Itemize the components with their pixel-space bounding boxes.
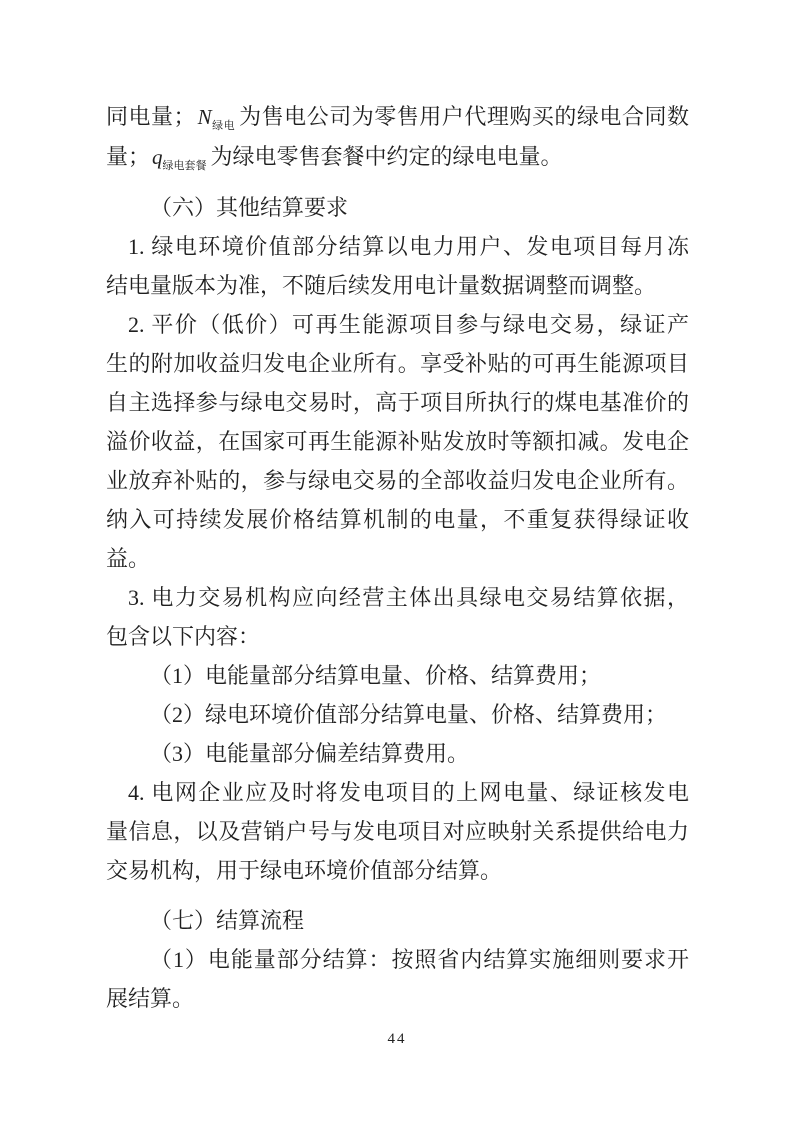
math-variable-base: q (152, 145, 163, 169)
line-item3-2: 包含以下内容： (106, 617, 689, 656)
line-p1-1: 同电量；N绿电为售电公司为零售用户代理购买的绿电合同数 (106, 97, 689, 137)
line-item2-5: 业放弃补贴的，参与绿电交易的全部收益归发电企业所有。 (106, 461, 689, 500)
text-run: 同电量； (106, 104, 196, 129)
text-run: 溢价收益，在国家可再生能源补贴发放时等额扣减。发电企 (106, 429, 689, 454)
line-item2-7: 益。 (106, 539, 689, 578)
text-run: 3. 电力交易机构应向经营主体出具绿电交易结算依据， (128, 585, 689, 610)
text-run: 生的附加收益归发电企业所有。享受补贴的可再生能源项目 (106, 351, 689, 376)
text-run: 自主选择参与绿电交易时，高于项目所执行的煤电基准价的 (106, 390, 689, 415)
text-run: 益。 (106, 546, 150, 571)
line-subitem-3: （3）电能量部分偏差结算费用。 (106, 734, 689, 773)
math-variable-base: N (198, 105, 212, 129)
math-variable-subscript: 绿电 (212, 120, 236, 132)
line-item1-1: 1. 绿电环境价值部分结算以电力用户、发电项目每月冻 (106, 227, 689, 266)
text-run: 4. 电网企业应及时将发电项目的上网电量、绿证核发电 (128, 780, 689, 805)
line-item2-4: 溢价收益，在国家可再生能源补贴发放时等额扣减。发电企 (106, 422, 689, 461)
line-item2-1: 2. 平价（低价）可再生能源项目参与绿电交易，绿证产 (106, 305, 689, 344)
line-settle-2: 展结算。 (106, 979, 689, 1018)
text-run: 纳入可持续发展价格结算机制的电量，不重复获得绿证收 (106, 507, 689, 532)
heading-section-seven: （七）结算流程 (106, 901, 689, 940)
text-run: 量； (106, 144, 150, 169)
line-item2-3: 自主选择参与绿电交易时，高于项目所执行的煤电基准价的 (106, 383, 689, 422)
line-subitem-1: （1）电能量部分结算电量、价格、结算费用； (106, 656, 689, 695)
line-item4-1: 4. 电网企业应及时将发电项目的上网电量、绿证核发电 (106, 773, 689, 812)
line-p1-2: 量；q绿电套餐为绿电零售套餐中约定的绿电电量。 (106, 137, 689, 177)
text-run: （1）电能量部分结算电量、价格、结算费用； (150, 663, 601, 688)
text-run: 1. 绿电环境价值部分结算以电力用户、发电项目每月冻 (128, 234, 689, 259)
page-number: 44 (388, 1031, 407, 1047)
text-run: 结电量版本为准，不随后续发用电计量数据调整而调整。 (106, 273, 656, 298)
document-body: 同电量；N绿电为售电公司为零售用户代理购买的绿电合同数量；q绿电套餐为绿电零售套… (106, 97, 689, 1018)
line-item2-6: 纳入可持续发展价格结算机制的电量，不重复获得绿证收 (106, 500, 689, 539)
line-item4-3: 交易机构，用于绿电环境价值部分结算。 (106, 851, 689, 890)
line-item4-2: 量信息，以及营销户号与发电项目对应映射关系提供给电力 (106, 812, 689, 851)
line-subitem-2: （2）绿电环境价值部分结算电量、价格、结算费用； (106, 695, 689, 734)
text-run: 交易机构，用于绿电环境价值部分结算。 (106, 858, 502, 883)
page-footer: 44 (0, 1031, 794, 1048)
text-run: （七）结算流程 (150, 908, 304, 933)
text-run: （1）电能量部分结算：按照省内结算实施细则要求开 (150, 947, 689, 972)
line-item2-2: 生的附加收益归发电企业所有。享受补贴的可再生能源项目 (106, 344, 689, 383)
text-run: 为绿电零售套餐中约定的绿电电量。 (211, 144, 563, 169)
line-settle-1: （1）电能量部分结算：按照省内结算实施细则要求开 (106, 940, 689, 979)
line-item1-2: 结电量版本为准，不随后续发用电计量数据调整而调整。 (106, 266, 689, 305)
text-run: 量信息，以及营销户号与发电项目对应映射关系提供给电力 (106, 819, 689, 844)
text-run: 2. 平价（低价）可再生能源项目参与绿电交易，绿证产 (128, 312, 689, 337)
text-run: 展结算。 (106, 986, 194, 1011)
heading-section-six: （六）其他结算要求 (106, 188, 689, 227)
text-run: 包含以下内容： (106, 624, 260, 649)
math-variable-subscript: 绿电套餐 (163, 160, 207, 172)
text-run: （六）其他结算要求 (150, 195, 348, 220)
text-run: 为售电公司为零售用户代理购买的绿电合同数 (239, 104, 689, 129)
text-run: （2）绿电环境价值部分结算电量、价格、结算费用； (150, 702, 667, 727)
math-variable: q绿电套餐 (152, 144, 207, 169)
line-item3-1: 3. 电力交易机构应向经营主体出具绿电交易结算依据， (106, 578, 689, 617)
document-page: 同电量；N绿电为售电公司为零售用户代理购买的绿电合同数量；q绿电套餐为绿电零售套… (0, 0, 794, 1123)
math-variable: N绿电 (198, 104, 236, 129)
text-run: （3）电能量部分偏差结算费用。 (150, 741, 469, 766)
text-run: 业放弃补贴的，参与绿电交易的全部收益归发电企业所有。 (106, 468, 689, 493)
